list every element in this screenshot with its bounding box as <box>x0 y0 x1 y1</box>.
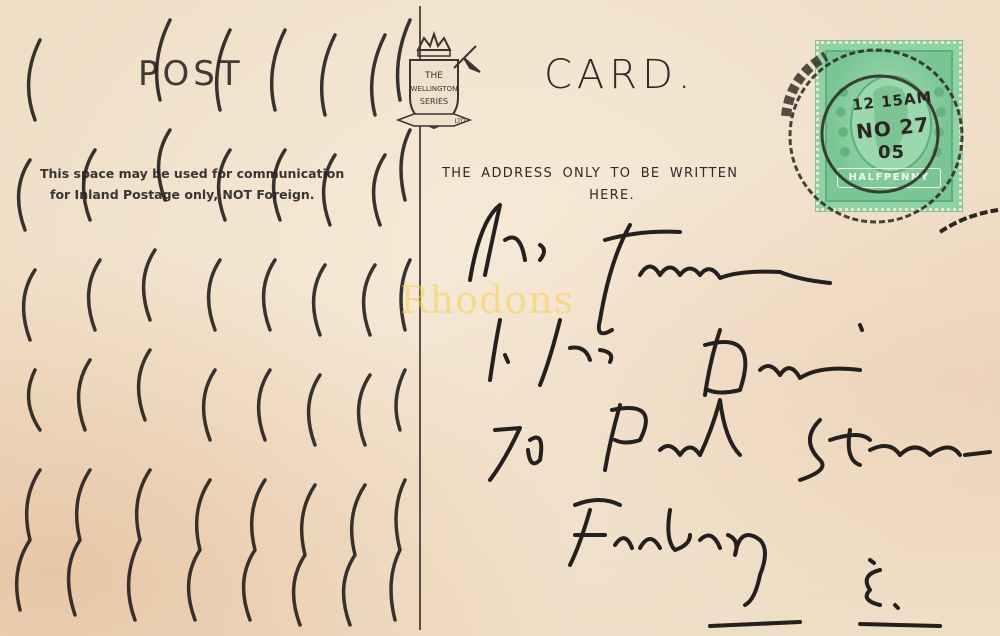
instruction-line-2: for Inland Postage only, NOT Foreign. <box>40 184 410 205</box>
wellington-series-crest-icon: THE WELLINGTON SERIES LTD <box>384 28 484 138</box>
svg-text:THE: THE <box>424 71 443 81</box>
address-instruction-line-1: THE ADDRESS ONLY TO BE WRITTEN <box>442 163 812 185</box>
rhodons-watermark: Rhodons <box>400 278 574 322</box>
message-area-instruction: This space may be used for communication… <box>40 163 410 205</box>
address-line-district: Finsbury <box>570 500 768 551</box>
postcard: POST CARD. THE WELLINGTON SERIES LTD Thi… <box>0 0 1000 636</box>
address-line-care-of: c/o Mrs Davis <box>490 330 796 381</box>
postmark-year: 05 <box>878 142 905 163</box>
address-line-recipient: Miss James <box>470 210 722 261</box>
address-line-street: 70 Paul Street <box>490 410 809 461</box>
instruction-line-1: This space may be used for communication <box>40 163 410 184</box>
address-line-postal-district: E. <box>860 560 906 611</box>
address-area-instruction: THE ADDRESS ONLY TO BE WRITTEN HERE. <box>442 163 812 207</box>
svg-text:SERIES: SERIES <box>420 97 448 106</box>
address-instruction-line-2: HERE. <box>442 185 812 207</box>
printed-card-title: CARD. <box>544 52 696 98</box>
message-salutation: Dear G. <box>10 540 126 575</box>
svg-text:WELLINGTON: WELLINGTON <box>411 85 458 93</box>
svg-text:LTD: LTD <box>455 118 466 125</box>
printed-post-label: POST <box>138 54 244 94</box>
